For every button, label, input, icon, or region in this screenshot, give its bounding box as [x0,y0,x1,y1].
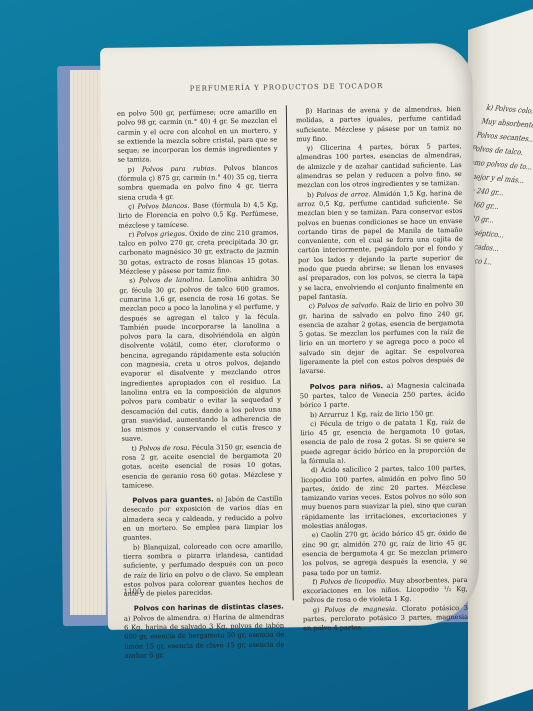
item-title: Polvos de rosa. [139,443,192,452]
item-text: Fécula de trigo o de patata 1 Kg, raíz d… [300,418,465,465]
recipe-paragraph: f) Polvos de licopodio. Muy absorbentes,… [302,576,467,606]
recipe-paragraph: t) Polvos de rosa. Fécula 3150 gr, esenc… [122,442,283,491]
right-column: β) Harinas de avena y de almendras, bien… [296,105,468,634]
running-header: Perfumería y productos de tocador [101,81,473,94]
item-title: Polvos de lanolina. [139,276,209,285]
item-label: s) [129,277,139,285]
item-label: γ) [306,144,320,152]
recipe-paragraph: c) Fécula de trigo o de patata 1 Kg, raí… [300,418,466,467]
item-label: b) [310,410,319,418]
recipe-paragraph: ç) Polvos blancos. Base (fórmula b) 4,5 … [118,200,278,230]
item-text: Blanquizal, coloreado con ocre amarillo,… [123,541,283,598]
item-label: c) [309,302,318,310]
item-label: f) [312,578,320,586]
recipe-paragraph: g) Polvos de magnesia. Clorato potásico … [303,604,468,634]
item-label: g) [313,606,325,614]
item-title: Polvos de licopodio. [320,577,389,586]
recipe-paragraph: b) Blanquizal, coloreado con ocre amaril… [123,541,284,599]
recipe-paragraph: en polvo 500 gr, perfúmese; ocre amarill… [117,108,278,166]
book-page: Perfumería y productos de tocador en pol… [100,43,480,630]
item-title: Polvos de arroz. [316,190,373,199]
page-number: 1100 [124,587,142,595]
item-label: c) [310,420,320,428]
item-text: Lanolina anhidra 30 gr, fécula 30 gr, po… [119,275,281,443]
item-text: en polvo 500 gr, perfúmese; ocre amarill… [117,108,278,165]
item-label: d) [311,466,321,474]
facing-page: k) Polvos colo... Muy absorbentes... Pol… [468,0,533,710]
item-label: β) [306,107,317,115]
item-text: Almidón 1,5 Kg, harina de arroz 0,5 Kg, … [297,189,463,302]
recipe-paragraph: p) Polvos para rubias. Polvos blancos (f… [118,163,279,202]
recipe-paragraph: b) Polvos de arroz. Almidón 1,5 Kg, hari… [297,189,464,303]
recipe-paragraph: d) Ácido salicílico 2 partes, talco 100 … [301,464,467,531]
item-label: r) [129,230,137,238]
item-label: b) [307,191,316,199]
item-title: Polvos blancos. [138,202,193,211]
section-paragraph: Polvos para niños. a) Magnesia calcinada… [300,381,465,411]
recipe-paragraph: r) Polvos griegos. Óxido de zinc 210 gra… [119,228,280,277]
item-title: Polvos griegos. [136,230,189,239]
item-text: Raíz de lirio en polvo 30 gr, harina de … [299,300,465,375]
section-heading: Polvos para guantes. [132,496,216,505]
item-text: Caolín 270 gr, ácido bórico 45 gr, óxido… [302,529,467,576]
item-label: b) [133,543,143,551]
item-title: Polvos de magnesia. [324,605,401,614]
section-paragraph: Polvos con harinas de distintas clases. … [124,603,285,661]
item-text: Harinas de avena y de almendras, bien mo… [296,105,461,143]
recipe-paragraph: e) Caolín 270 gr, ácido bórico 45 gr, óx… [302,529,468,578]
item-text: Arrurruz 1 Kg, raíz de lirio 150 gr. [319,409,434,419]
recipe-paragraph: γ) Glicerina 4 partes, bórax 5 partes, a… [296,142,462,191]
item-text: a) Polvos de almendra. α) Harina de alme… [124,612,284,659]
item-text: Ácido salicílico 2 partes, talco 100 par… [301,464,467,530]
item-title: Polvos para rubias. [142,164,224,173]
facing-page-text: k) Polvos colo... Muy absorbentes... Pol… [468,104,533,296]
column-divider [286,105,294,600]
recipe-paragraph: β) Harinas de avena y de almendras, bien… [296,105,462,144]
recipe-paragraph: s) Polvos de lanolina. Lanolina anhidra … [119,275,281,445]
recipe-paragraph: c) Polvos de salvado. Raíz de lirio en p… [299,300,465,377]
section-paragraph: Polvos para guantes. a) Jabón de Castill… [122,495,283,544]
section-heading: Polvos con harinas de distintas clases. [134,603,284,613]
item-title: Polvos de salvado. [317,301,381,310]
item-label: p) [128,165,142,173]
item-text: Glicerina 4 partes, bórax 5 partes, alme… [296,142,461,189]
left-column: en polvo 500 gr, perfúmese; ocre amarill… [117,108,285,661]
section-heading: Polvos para niños. [310,382,387,391]
item-label: e) [312,531,321,539]
